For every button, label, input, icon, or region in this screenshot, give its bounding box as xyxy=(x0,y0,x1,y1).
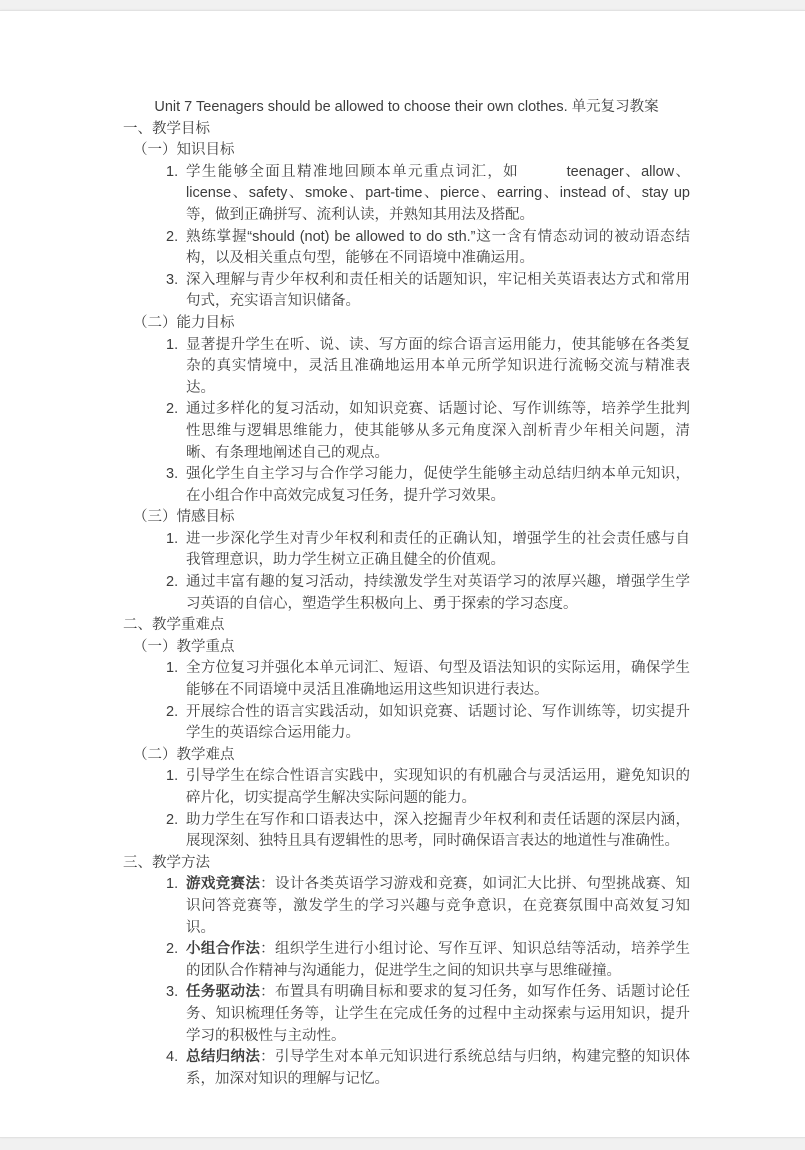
list-item: 2. 开展综合性的语言实践活动，如知识竞赛、话题讨论、写作训练等，切实提升学生的… xyxy=(123,702,690,745)
method-description: ：布置具有明确目标和要求的复习任务，如写作任务、话题讨论任务、知识梳理任务等，让… xyxy=(186,984,690,1043)
document-viewer-canvas: Unit 7 Teenagers should be allowed to ch… xyxy=(0,0,805,1150)
subsection-heading-knowledge-goals: （一）知识目标 xyxy=(133,140,690,162)
item-text: 任务驱动法：布置具有明确目标和要求的复习任务，如写作任务、话题讨论任务、知识梳理… xyxy=(186,984,690,1043)
list-item: 2. 小组合作法：组织学生进行小组讨论、写作互评、知识总结等活动，培养学生的团队… xyxy=(123,939,690,982)
item-number: 3. xyxy=(166,464,178,486)
item-number: 1. xyxy=(166,874,178,896)
item-number: 1. xyxy=(166,766,178,788)
item-number: 4. xyxy=(166,1047,178,1069)
item-text: 助力学生在写作和口语表达中，深入挖掘青少年权利和责任话题的深层内涵，展现深刻、独… xyxy=(186,812,690,850)
item-text: 游戏竞赛法：设计各类英语学习游戏和竞赛，如词汇大比拼、句型挑战赛、知识问答竞赛等… xyxy=(186,876,690,935)
item-text: 进一步深化学生对青少年权利和责任的正确认知，增强学生的社会责任感与自我管理意识，… xyxy=(186,531,690,569)
method-description: ：引导学生对本单元知识进行系统总结与归纳，构建完整的知识体系，加深对知识的理解与… xyxy=(186,1049,690,1087)
item-number: 2. xyxy=(166,810,178,832)
item-number: 2. xyxy=(166,939,178,961)
list-item: 1. 学生能够全面且精准地回顾本单元重点词汇，如 teenager、allow、… xyxy=(123,162,690,227)
method-description: ：设计各类英语学习游戏和竞赛，如词汇大比拼、句型挑战赛、知识问答竞赛等，激发学生… xyxy=(186,876,690,935)
list-item: 2. 熟练掌握“should (not) be allowed to do st… xyxy=(123,227,690,270)
list-item: 3. 任务驱动法：布置具有明确目标和要求的复习任务，如写作任务、话题讨论任务、知… xyxy=(123,982,690,1047)
item-text: 深入理解与青少年权利和责任相关的话题知识，牢记相关英语表达方式和常用句式，充实语… xyxy=(186,272,690,310)
item-text: 显著提升学生在听、说、读、写方面的综合语言运用能力，使其能够在各类复杂的真实情境… xyxy=(186,337,690,396)
list-item: 2. 通过丰富有趣的复习活动，持续激发学生对英语学习的浓厚兴趣，增强学生学习英语… xyxy=(123,572,690,615)
list-item: 1. 进一步深化学生对青少年权利和责任的正确认知，增强学生的社会责任感与自我管理… xyxy=(123,529,690,572)
section-heading-teaching-goals: 一、教学目标 xyxy=(123,119,690,141)
item-text: 总结归纳法：引导学生对本单元知识进行系统总结与归纳，构建完整的知识体系，加深对知… xyxy=(186,1049,690,1087)
document-page: Unit 7 Teenagers should be allowed to ch… xyxy=(0,10,805,1138)
list-item: 1. 显著提升学生在听、说、读、写方面的综合语言运用能力，使其能够在各类复杂的真… xyxy=(123,335,690,400)
method-term: 任务驱动法 xyxy=(186,984,260,1000)
item-number: 2. xyxy=(166,702,178,724)
method-term: 小组合作法 xyxy=(186,941,260,957)
subsection-heading-difficult-points: （二）教学难点 xyxy=(133,745,690,767)
method-description: ：组织学生进行小组讨论、写作互评、知识总结等活动，培养学生的团队合作精神与沟通能… xyxy=(186,941,690,979)
item-text: 强化学生自主学习与合作学习能力，促使学生能够主动总结归纳本单元知识，在小组合作中… xyxy=(186,466,690,504)
item-number: 1. xyxy=(166,529,178,551)
item-text: 熟练掌握“should (not) be allowed to do sth.”… xyxy=(186,229,690,267)
item-number: 2. xyxy=(166,399,178,421)
list-item: 1. 全方位复习并强化本单元词汇、短语、句型及语法知识的实际运用，确保学生能够在… xyxy=(123,658,690,701)
list-item: 4. 总结归纳法：引导学生对本单元知识进行系统总结与归纳，构建完整的知识体系，加… xyxy=(123,1047,690,1090)
item-number: 1. xyxy=(166,658,178,680)
list-item: 3. 强化学生自主学习与合作学习能力，促使学生能够主动总结归纳本单元知识，在小组… xyxy=(123,464,690,507)
subsection-heading-key-points: （一）教学重点 xyxy=(133,637,690,659)
list-item: 2. 助力学生在写作和口语表达中，深入挖掘青少年权利和责任话题的深层内涵，展现深… xyxy=(123,810,690,853)
item-number: 3. xyxy=(166,982,178,1004)
list-item: 1. 游戏竞赛法：设计各类英语学习游戏和竞赛，如词汇大比拼、句型挑战赛、知识问答… xyxy=(123,874,690,939)
subsection-heading-emotion-goals: （三）情感目标 xyxy=(133,507,690,529)
item-text: 小组合作法：组织学生进行小组讨论、写作互评、知识总结等活动，培养学生的团队合作精… xyxy=(186,941,690,979)
item-number: 1. xyxy=(166,335,178,357)
item-text: 通过丰富有趣的复习活动，持续激发学生对英语学习的浓厚兴趣，增强学生学习英语的自信… xyxy=(186,574,690,612)
item-number: 3. xyxy=(166,270,178,292)
item-text: 引导学生在综合性语言实践中，实现知识的有机融合与灵活运用，避免知识的碎片化，切实… xyxy=(186,768,690,806)
item-number: 1. xyxy=(166,162,178,184)
item-number: 2. xyxy=(166,572,178,594)
section-heading-teaching-methods: 三、教学方法 xyxy=(123,853,690,875)
item-number: 2. xyxy=(166,227,178,249)
section-heading-key-difficult-points: 二、教学重难点 xyxy=(123,615,690,637)
item-text: 学生能够全面且精准地回顾本单元重点词汇，如 teenager、allow、lic… xyxy=(186,164,690,223)
list-item: 1. 引导学生在综合性语言实践中，实现知识的有机融合与灵活运用，避免知识的碎片化… xyxy=(123,766,690,809)
doc-title: Unit 7 Teenagers should be allowed to ch… xyxy=(123,97,690,119)
item-text: 开展综合性的语言实践活动，如知识竞赛、话题讨论、写作训练等，切实提升学生的英语综… xyxy=(186,704,690,742)
list-item: 2. 通过多样化的复习活动，如知识竞赛、话题讨论、写作训练等，培养学生批判性思维… xyxy=(123,399,690,464)
item-text: 全方位复习并强化本单元词汇、短语、句型及语法知识的实际运用，确保学生能够在不同语… xyxy=(186,660,690,698)
item-text: 通过多样化的复习活动，如知识竞赛、话题讨论、写作训练等，培养学生批判性思维与逻辑… xyxy=(186,401,690,460)
subsection-heading-ability-goals: （二）能力目标 xyxy=(133,313,690,335)
list-item: 3. 深入理解与青少年权利和责任相关的话题知识，牢记相关英语表达方式和常用句式，… xyxy=(123,270,690,313)
method-term: 游戏竞赛法 xyxy=(186,876,260,892)
method-term: 总结归纳法 xyxy=(186,1049,260,1065)
